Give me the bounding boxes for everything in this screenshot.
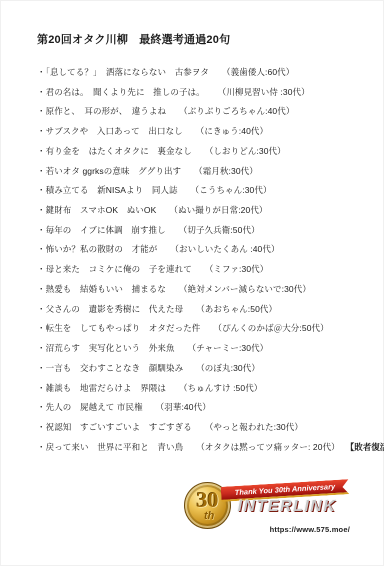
poem-author: （ぬい撮りが日常:20代） <box>169 204 267 216</box>
poem-author: （のぼ丸:30代） <box>196 362 260 374</box>
poem-row: ・君の名は。 聞くより先に 推しの子は。 （川柳見習い侍 :30代） <box>37 82 377 102</box>
poem-row: ・父さんの 遺影を秀樹に 代えた母 （あおちゃん:50代） <box>37 299 377 319</box>
poem-author: （やっと報われた:30代） <box>205 421 303 433</box>
poem-row: ・一言も 交わすことなき 顔馴染み （のぼ丸:30代） <box>37 358 377 378</box>
poem-author: （おいしいたくあん :40代） <box>170 243 279 255</box>
poem-author: （ちゅんすけ :50代） <box>179 382 262 394</box>
poem-text: ・先人の 屍越えて 市民権 <box>37 401 143 413</box>
poem-row: ・若いオタ ggrksの意味 ググり出す （霜月秋:30代） <box>37 161 377 181</box>
poem-text: ・原作と、 耳の形が、 違うよね <box>37 105 166 117</box>
poem-row: ・雑談も 地雷だらけよ 界隈は （ちゅんすけ :50代） <box>37 378 377 398</box>
poem-text: ・沼荒らす 実写化という 外来魚 <box>37 342 175 354</box>
flyer-page: 第20回オタク川柳 最終選考通過20句 ・「息してる？」 洒落にならない 古参ヲ… <box>0 0 384 566</box>
poem-text: ・積み立てる 新NISAより 同人誌 <box>37 184 178 196</box>
poem-text: ・有り金を はたくオタクに 裏金なし <box>37 145 192 157</box>
poem-text: ・サブスクや 入口あって 出口なし <box>37 125 183 137</box>
poem-row: ・有り金を はたくオタクに 裏金なし （しおりどん:30代） <box>37 141 377 161</box>
poem-author: （絶対メンバー減らないで:30代） <box>179 283 311 295</box>
poem-author: （しおりどん:30代） <box>205 145 286 157</box>
ribbon-text: Thank You 30th Anniversary <box>234 482 335 497</box>
poem-row: ・「息してる？」 洒落にならない 古参ヲタ （義歯倭人:60代） <box>37 62 377 82</box>
website-url: https://www.575.moe/ <box>184 525 350 534</box>
poem-author: （ミファ:30代） <box>205 263 269 275</box>
poem-row: ・積み立てる 新NISAより 同人誌 （こうちゃん:30代） <box>37 180 377 200</box>
poem-text: ・転生を してもやっぱり オタだった件 <box>37 322 200 334</box>
poem-row: ・沼荒らす 実写化という 外来魚 （チャーミー:30代） <box>37 338 377 358</box>
poem-text: ・戻って来い 世界に平和と 青い鳥 <box>37 441 183 453</box>
poem-author: （霜月秋:30代） <box>194 165 258 177</box>
poem-text: ・鍵財布 スマホOK ぬいOK <box>37 204 156 216</box>
coin-suffix: th <box>204 510 214 522</box>
poem-text: ・祝認知 すごいすごいよ すごすぎる <box>37 421 192 433</box>
poem-author: （ぶりぶりごろちゃん:40代） <box>179 105 294 117</box>
poem-row: ・転生を してもやっぱり オタだった件 （ぴんくのかば＠大分:50代） <box>37 319 377 339</box>
poem-author: （羽華:40代） <box>156 401 211 413</box>
brand-wordmark: INTERLINK <box>224 498 350 516</box>
poem-author: （オタクは黙ってツ痛ッター: 20代） <box>196 441 340 453</box>
poem-text: ・「息してる？」 洒落にならない 古参ヲタ <box>37 66 209 78</box>
poem-row: ・原作と、 耳の形が、 違うよね （ぶりぶりごろちゃん:40代） <box>37 101 377 121</box>
poem-text: ・熱愛も 結婚もいい 捕まるな <box>37 283 166 295</box>
interlink-logo: 30 th Thank You 30th Anniversary INTERLI… <box>184 480 350 538</box>
poem-author: （チャーミー:30代） <box>188 342 269 354</box>
poem-author: （あおちゃん:50代） <box>196 303 277 315</box>
poem-row: ・毎年の イブに体調 崩す推し （切子久兵衛:50代） <box>37 220 377 240</box>
poem-row: ・祝認知 すごいすごいよ すごすぎる （やっと報われた:30代） <box>37 417 377 437</box>
poem-text: ・若いオタ ggrksの意味 ググり出す <box>37 165 181 177</box>
poem-list: ・「息してる？」 洒落にならない 古参ヲタ （義歯倭人:60代） ・君の名は。 … <box>37 62 377 457</box>
poem-author: （川柳見習い侍 :30代） <box>218 86 310 98</box>
poem-row: ・サブスクや 入口あって 出口なし （にきゅう:40代） <box>37 121 377 141</box>
poem-row: ・鍵財布 スマホOK ぬいOK （ぬい撮りが日常:20代） <box>37 200 377 220</box>
poem-row: ・怖いか？私の散財の 才能が （おいしいたくあん :40代） <box>37 240 377 260</box>
page-title: 第20回オタク川柳 最終選考通過20句 <box>37 31 230 47</box>
poem-text: ・怖いか？私の散財の 才能が <box>37 243 157 255</box>
poem-author: （切子久兵衛:50代） <box>179 224 260 236</box>
poem-text: ・母と来た コミケに俺の 子を連れて <box>37 263 192 275</box>
poem-row: ・熱愛も 結婚もいい 捕まるな （絶対メンバー減らないで:30代） <box>37 279 377 299</box>
poem-author: （こうちゃん:30代） <box>191 184 272 196</box>
poem-author: （義歯倭人:60代） <box>222 66 294 78</box>
poem-text: ・一言も 交わすことなき 顔馴染み <box>37 362 183 374</box>
poem-text: ・雑談も 地雷だらけよ 界隈は <box>37 382 166 394</box>
revival-note: 【敗者復活枠】 <box>346 441 384 453</box>
poem-row: ・母と来た コミケに俺の 子を連れて （ミファ:30代） <box>37 259 377 279</box>
poem-text: ・君の名は。 聞くより先に 推しの子は。 <box>37 86 205 98</box>
poem-text: ・父さんの 遺影を秀樹に 代えた母 <box>37 303 183 315</box>
poem-row: ・先人の 屍越えて 市民権 （羽華:40代） <box>37 397 377 417</box>
poem-row: ・戻って来い 世界に平和と 青い鳥 （オタクは黙ってツ痛ッター: 20代） 【敗… <box>37 437 377 457</box>
poem-author: （ぴんくのかば＠大分:50代） <box>213 322 328 334</box>
poem-text: ・毎年の イブに体調 崩す推し <box>37 224 166 236</box>
poem-author: （にきゅう:40代） <box>196 125 268 137</box>
